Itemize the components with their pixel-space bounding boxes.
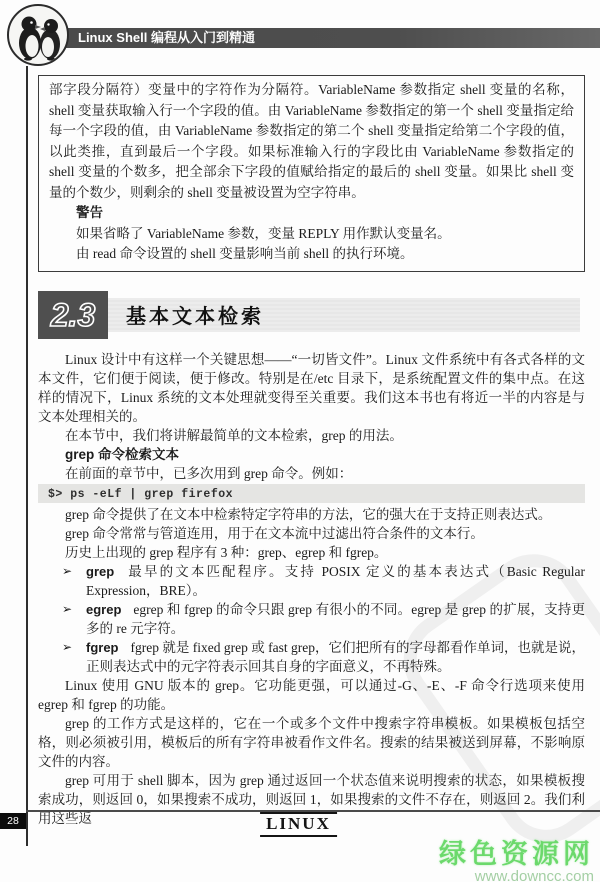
bullet-text: grep最早的文本匹配程序。支持 POSIX 定义的基本表达式（Basic Re… xyxy=(86,562,585,600)
penguins-icon xyxy=(9,6,67,64)
page-number-badge: 28 xyxy=(0,813,26,829)
arrow-bullet-icon: ➢ xyxy=(62,638,86,676)
book-title: Linux Shell 编程从入门到精通 xyxy=(78,30,255,45)
bullet-term: egrep xyxy=(86,602,121,617)
arrow-bullet-icon: ➢ xyxy=(62,600,86,638)
subheading-grep: grep 命令检索文本 xyxy=(38,445,585,464)
paragraph-grep-pipe: grep 命令常常与管道连用，用于在文本流中过滤出符合条件的文本行。 xyxy=(38,524,585,543)
warning-line: 由 read 命令设置的 shell 变量影响当前 shell 的执行环境。 xyxy=(49,244,574,265)
page-header-bar: Linux Shell 编程从入门到精通 xyxy=(62,28,600,48)
read-command-info-box: 部字段分隔符）变量中的字符作为分隔符。VariableName 参数指定 she… xyxy=(38,75,585,272)
paragraph-section-note: 在本节中，我们将讲解最简单的文本检索，grep 的用法。 xyxy=(38,426,585,445)
paragraph-history: 历史上出现的 grep 程序有 3 种：grep、egrep 和 fgrep。 xyxy=(38,543,585,562)
bullet-text: egrepegrep 和 fgrep 的命令只跟 grep 有很小的不同。egr… xyxy=(86,600,585,638)
bullet-text: fgrepfgrep 就是 fixed grep 或 fast grep，它们把… xyxy=(86,638,585,676)
bullet-term: fgrep xyxy=(86,640,119,655)
paragraph-how-works: grep 的工作方式是这样的，它在一个或多个文件中搜索字符串模板。如果模板包括空… xyxy=(38,714,585,771)
bullet-egrep: ➢ egrepegrep 和 fgrep 的命令只跟 grep 有很小的不同。e… xyxy=(38,600,585,638)
page-content: 部字段分隔符）变量中的字符作为分隔符。VariableName 参数指定 she… xyxy=(38,75,585,828)
left-vertical-rule xyxy=(26,66,28,846)
code-text: $> ps -eLf | grep firefox xyxy=(48,488,233,501)
bullet-desc: egrep 和 fgrep 的命令只跟 grep 有很小的不同。egrep 是 … xyxy=(86,602,585,636)
bullet-term: grep xyxy=(86,564,114,579)
arrow-bullet-icon: ➢ xyxy=(62,562,86,600)
section-title: 基本文本检索 xyxy=(108,300,264,329)
paragraph-grep-intro: grep 命令提供了在文本中检索特定字符串的方法，它的强大在于支持正则表达式。 xyxy=(38,505,585,524)
section-header-2-3: 2.3 基本文本检索 xyxy=(38,291,585,339)
section-number: 2.3 xyxy=(38,291,108,339)
bullet-desc: 最早的文本匹配程序。支持 POSIX 定义的基本表达式（Basic Regula… xyxy=(86,564,585,598)
publisher-penguin-logo xyxy=(7,4,69,66)
code-sample: $> ps -eLf | grep firefox xyxy=(38,484,585,503)
paragraph-intro: Linux 设计中有这样一个关键思想——“一切皆文件”。Linux 文件系统中有… xyxy=(38,350,585,426)
warning-line: 如果省略了 VariableName 参数，变量 REPLY 用作默认变量名。 xyxy=(49,224,574,245)
info-box-paragraph: 部字段分隔符）变量中的字符作为分隔符。VariableName 参数指定 she… xyxy=(49,80,574,203)
downcc-watermark: 绿色资源网 www.downcc.com xyxy=(439,840,594,882)
bullet-grep: ➢ grep最早的文本匹配程序。支持 POSIX 定义的基本表达式（Basic … xyxy=(38,562,585,600)
bullet-fgrep: ➢ fgrepfgrep 就是 fixed grep 或 fast grep，它… xyxy=(38,638,585,676)
section-title-band: 基本文本检索 xyxy=(108,298,580,332)
book-page: PDG Linux Shell 编程从入门到精通 部字段分隔符）变量中的字符作为… xyxy=(0,0,600,882)
downcc-site-url: www.downcc.com xyxy=(439,869,594,882)
linux-footer-logo: LINUX xyxy=(260,812,337,837)
paragraph-gnu: Linux 使用 GNU 版本的 grep。它功能更强，可以通过-G、-E、-F… xyxy=(38,676,585,714)
warning-label: 警告 xyxy=(49,203,574,224)
bullet-desc: fgrep 就是 fixed grep 或 fast grep，它们把所有的字母… xyxy=(86,640,585,674)
paragraph-example-intro: 在前面的章节中，已多次用到 grep 命令。例如： xyxy=(38,464,585,483)
downcc-site-name: 绿色资源网 xyxy=(439,840,594,868)
